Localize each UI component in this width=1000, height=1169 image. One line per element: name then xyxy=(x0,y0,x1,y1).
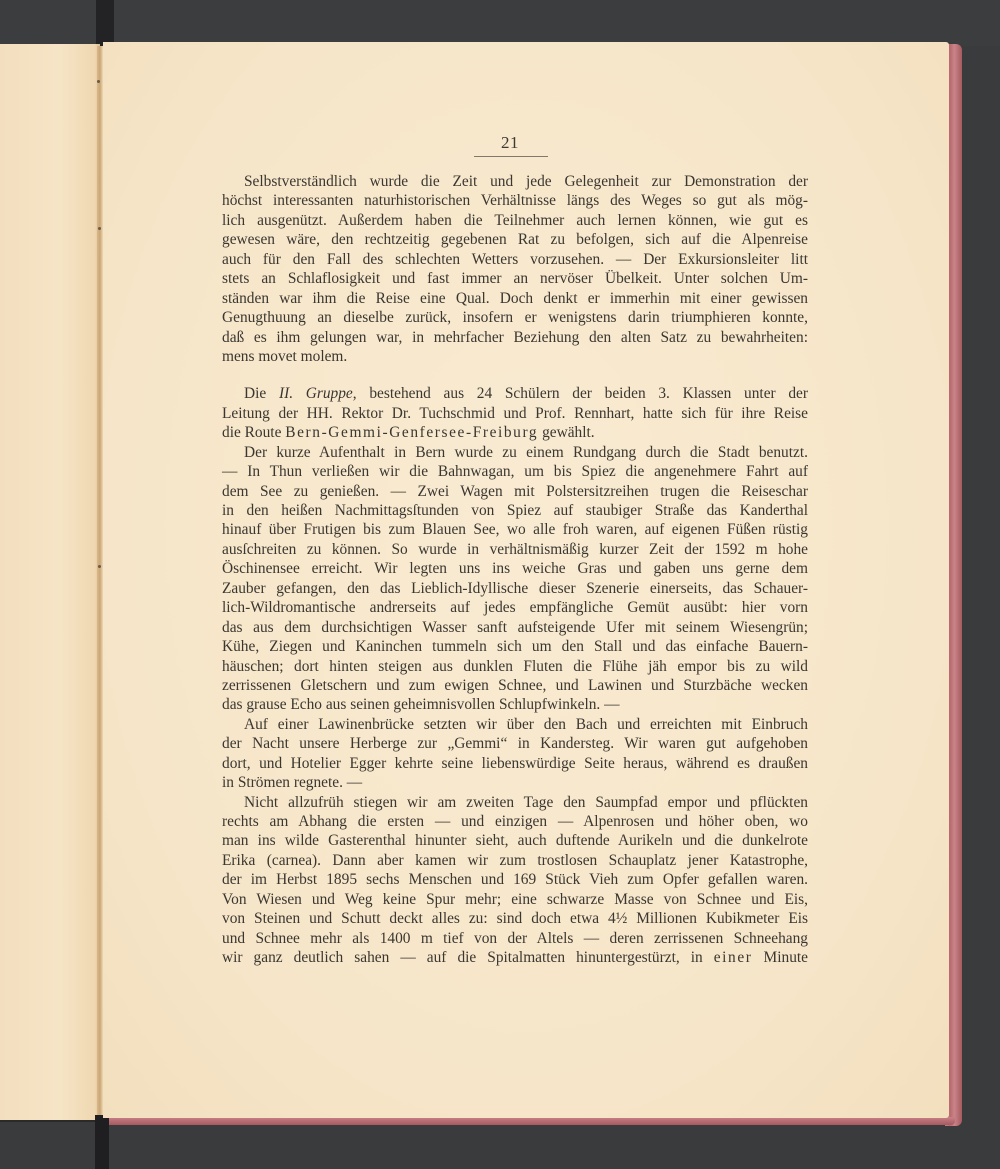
text-line: Die II. Gruppe, bestehend aus 24 Schüler… xyxy=(222,384,808,403)
text-line: Auf einer Lawinenbrücke setzten wir über… xyxy=(222,715,808,734)
book-spine-bottom xyxy=(95,1115,109,1169)
left-page xyxy=(0,44,100,1122)
text-line: Von Wiesen und Weg keine Spur mehr; eine… xyxy=(222,890,808,909)
italic-group-name: II. Gruppe xyxy=(279,385,353,402)
text-line: Selbstverständlich wurde die Zeit und je… xyxy=(222,172,808,191)
spaced-emphasis: einer xyxy=(714,949,753,966)
text-line: lich-Wildromantische andrerseits auf jed… xyxy=(222,598,808,617)
text-line: und Schnee mehr als 1400 m tief von der … xyxy=(222,929,808,948)
text-line: Nicht allzufrüh stiegen wir am zweiten T… xyxy=(222,793,808,812)
text-line: häuschen; dort hinten steigen aus dunkle… xyxy=(222,657,808,676)
text-line: in Strömen regnete. — xyxy=(222,773,808,792)
text-run: gewählt. xyxy=(538,424,594,441)
text-line: das aus dem durchsichtigen Wasser sanft … xyxy=(222,618,808,637)
text-run: Die xyxy=(244,385,279,402)
text-line: ständen war ihm die Reise eine Qual. Doc… xyxy=(222,289,808,308)
text-line: das grause Echo aus seinen geheimnisvoll… xyxy=(222,695,808,714)
text-line: Zauber gefangen, den das Lieblich-Idylli… xyxy=(222,579,808,598)
text-line: Erika (carnea). Dann aber kamen wir zum … xyxy=(222,851,808,870)
text-line: wir ganz deutlich sahen — auf die Spital… xyxy=(222,948,808,967)
text-line: — In Thun verließen wir die Bahnwagan, u… xyxy=(222,462,808,481)
paragraph: Die II. Gruppe, bestehend aus 24 Schüler… xyxy=(222,384,808,442)
text-line: mens movet molem. xyxy=(222,347,808,366)
paragraph: Selbstverständlich wurde die Zeit und je… xyxy=(222,172,808,366)
text-line: der Nacht unsere Herberge zur „Gemmi“ in… xyxy=(222,734,808,753)
page-edge-bottom xyxy=(100,1117,955,1125)
paragraph-gap xyxy=(222,366,808,384)
book-spine-top xyxy=(96,0,114,48)
text-line: daß es ihm gelungen war, in mehrfacher B… xyxy=(222,328,808,347)
margin-mark xyxy=(97,80,100,83)
text-run: Minute xyxy=(753,949,809,966)
text-line: Kühe, Ziegen und Kaninchen tummeln sich … xyxy=(222,637,808,656)
margin-mark xyxy=(98,227,101,230)
paragraph: Nicht allzufrüh stiegen wir am zweiten T… xyxy=(222,793,808,968)
paragraph: Der kurze Aufenthalt in Bern wurde zu ei… xyxy=(222,443,808,715)
text-run: , bestehend aus 24 Schülern der beiden 3… xyxy=(353,385,808,402)
text-line: Öschinensee erreicht. Wir legten uns ins… xyxy=(222,559,808,578)
margin-mark xyxy=(98,565,101,568)
text-line: rechts am Abhang die ersten — und einzig… xyxy=(222,812,808,831)
text-line: die Route Bern-Gemmi-Genfersee-Freiburg … xyxy=(222,423,808,442)
text-line: auch für den Fall des schlechten Wetters… xyxy=(222,250,808,269)
text-line: stets an Schlaflosigkeit und fast immer … xyxy=(222,269,808,288)
text-line: Der kurze Aufenthalt in Bern wurde zu ei… xyxy=(222,443,808,462)
paragraph: Auf einer Lawinenbrücke setzten wir über… xyxy=(222,715,808,793)
text-line: dort, und Hotelier Egger kehrte seine li… xyxy=(222,754,808,773)
text-line: in den heißen Nachmittagsſtunden von Spi… xyxy=(222,501,808,520)
text-line: lich ausgenützt. Außerdem haben die Teil… xyxy=(222,211,808,230)
text-line: ausſchreiten zu können. So wurde in verh… xyxy=(222,540,808,559)
text-line: hinauf über Frutigen bis zum Blauen See,… xyxy=(222,520,808,539)
text-run: die Route xyxy=(222,424,285,441)
text-line: man ins wilde Gasterenthal hinunter sieh… xyxy=(222,831,808,850)
text-run: wir ganz deutlich sahen — auf die Spital… xyxy=(222,949,714,966)
text-line: zerrissenen Gletschern und zum ewigen Sc… xyxy=(222,676,808,695)
body-text: Selbstverständlich wurde die Zeit und je… xyxy=(222,172,808,968)
text-line: der im Herbst 1895 sechs Menschen und 16… xyxy=(222,870,808,889)
text-line: von Steinen und Schutt deckt alles zu: s… xyxy=(222,909,808,928)
spaced-route-name: Bern-Gemmi-Genfersee-Freiburg xyxy=(285,424,538,441)
text-line: gewesen wäre, den rechtzeitig gegebenen … xyxy=(222,230,808,249)
text-line: höchst interessanten naturhistorischen V… xyxy=(222,191,808,210)
page-number: 21 xyxy=(470,133,550,153)
text-line: Leitung der HH. Rektor Dr. Tuchschmid un… xyxy=(222,404,808,423)
text-line: Genugthuung an dieselbe zurück, insofern… xyxy=(222,308,808,327)
text-line: dem See zu genießen. — Zwei Wagen mit Po… xyxy=(222,482,808,501)
page-number-rule xyxy=(474,156,548,157)
background-top xyxy=(0,0,1000,46)
